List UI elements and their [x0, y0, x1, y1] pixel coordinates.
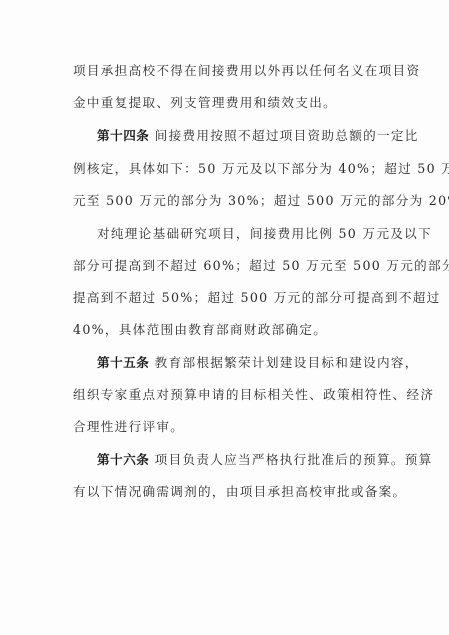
text-line: 例核定，具体如下：50 万元及以下部分为 40%；超过 50 万	[73, 161, 388, 177]
text-line: 项目承担高校不得在间接费用以外再以任何名义在项目资	[73, 63, 388, 79]
text-line: 对纯理论基础研究项目，间接费用比例 50 万元及以下	[97, 226, 388, 242]
text-line: 40%，具体范围由教育部商财政部确定。	[73, 322, 388, 338]
text-line: 有以下情况确需调剂的，由项目承担高校审批或备案。	[73, 484, 388, 500]
text-line	[97, 395, 388, 411]
article-16-line: 第十六条 项目负责人应当严格执行批准后的预算。预算	[97, 452, 388, 468]
text-line: 元至 500 万元的部分为 30%；超过 500 万元的部分为 20%。	[73, 193, 388, 209]
document-page: 项目承担高校不得在间接费用以外再以任何名义在项目资 金中重复提取、列支管理费用和…	[0, 0, 449, 635]
text-span: 项目负责人应当严格执行批准后的预算。预算	[149, 452, 432, 467]
text-line: 提高到不超过 50%；超过 500 万元的部分可提高到不超过	[73, 290, 388, 306]
text-span: 教育部根据繁荣计划建设目标和建设内容，	[149, 355, 418, 370]
text-line: 金中重复提取、列支管理费用和绩效支出。	[73, 95, 388, 111]
text-line: 部分可提高到不超过 60%；超过 50 万元至 500 万元的部分可	[73, 258, 388, 274]
text-line: 合理性进行评审。	[73, 419, 388, 435]
article-heading: 第十四条	[97, 128, 149, 143]
article-heading: 第十五条	[97, 355, 149, 370]
article-14-line: 第十四条 间接费用按照不超过项目资助总额的一定比	[97, 128, 388, 144]
text-span: 间接费用按照不超过项目资助总额的一定比	[149, 128, 418, 143]
article-15-line: 第十五条 教育部根据繁荣计划建设目标和建设内容，	[97, 355, 388, 371]
article-heading: 第十六条	[97, 452, 149, 467]
